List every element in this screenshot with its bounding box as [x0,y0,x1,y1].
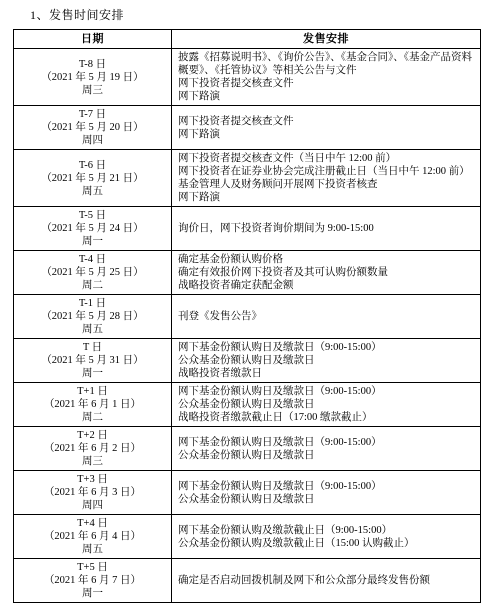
arrangement-item: 网下路演 [178,128,474,141]
arrangement-item: 网下基金份额认购日及缴款日（9:00-15:00） [178,436,474,449]
arrangement-cell: 网下基金份额认购日及缴款日（9:00-15:00）公众基金份额认购日及缴款日战略… [172,339,481,383]
date-line: T-1 日 [16,297,169,310]
date-cell: T-5 日（2021 年 5 月 24 日）周一 [14,207,172,251]
date-line: 周五 [16,185,169,198]
arrangement-item: 网下投资者提交核查文件 [178,115,474,128]
date-line: （2021 年 6 月 2 日） [16,442,169,455]
arrangement-item: 确定有效报价网下投资者及其可认购份额数量 [178,266,474,279]
arrangement-item: 网下基金份额认购日及缴款日（9:00-15:00） [178,385,474,398]
table-row: T-4 日（2021 年 5 月 25 日）周二 确定基金份额认购价格确定有效报… [14,251,481,295]
arrangement-item: 刊登《发售公告》 [178,310,474,323]
date-line: 周一 [16,367,169,380]
arrangement-cell: 确定是否启动回拨机制及网下和公众部分最终发售份额 [172,559,481,603]
arrangement-cell: 网下投资者提交核查文件（当日中午 12:00 前）网下投资者在证券业协会完成注册… [172,150,481,207]
date-cell: T-7 日（2021 年 5 月 20 日）周四 [14,106,172,150]
date-cell: T-4 日（2021 年 5 月 25 日）周二 [14,251,172,295]
date-line: 周三 [16,84,169,97]
table-header-row: 日期 发售安排 [14,30,481,49]
arrangement-item: 网下投资者提交核查文件 [178,77,474,90]
date-line: T+1 日 [16,385,169,398]
date-line: （2021 年 6 月 7 日） [16,574,169,587]
arrangement-item: 战略投资者确定获配金额 [178,279,474,292]
arrangement-cell: 询价日，网下投资者询价期间为 9:00-15:00 [172,207,481,251]
arrangement-item: 战略投资者缴款截止日（17:00 缴款截止） [178,411,474,424]
arrangement-item: 披露《招募说明书》、《询价公告》、《基金合同》、《基金产品资料概要》、《托管协议… [178,51,474,77]
table-row: T+1 日（2021 年 6 月 1 日）周二 网下基金份额认购日及缴款日（9:… [14,383,481,427]
arrangement-cell: 披露《招募说明书》、《询价公告》、《基金合同》、《基金产品资料概要》、《托管协议… [172,49,481,106]
date-cell: T+3 日（2021 年 6 月 3 日）周四 [14,471,172,515]
table-row: T-6 日（2021 年 5 月 21 日）周五 网下投资者提交核查文件（当日中… [14,150,481,207]
date-line: （2021 年 6 月 4 日） [16,530,169,543]
date-cell: T+4 日（2021 年 6 月 4 日）周五 [14,515,172,559]
arrangement-item: 确定是否启动回拨机制及网下和公众部分最终发售份额 [178,574,474,587]
date-cell: T-6 日（2021 年 5 月 21 日）周五 [14,150,172,207]
date-line: 周四 [16,499,169,512]
date-line: （2021 年 5 月 25 日） [16,266,169,279]
table-row: T-8 日（2021 年 5 月 19 日）周三 披露《招募说明书》、《询价公告… [14,49,481,106]
date-line: 周二 [16,411,169,424]
arrangement-item: 网下投资者在证券业协会完成注册截止日（当日中午 12:00 前） [178,165,474,178]
date-line: T-4 日 [16,253,169,266]
date-line: T+3 日 [16,473,169,486]
arrangement-item: 公众基金份额认购日及缴款日 [178,449,474,462]
table-row: T 日（2021 年 5 月 31 日）周一 网下基金份额认购日及缴款日（9:0… [14,339,481,383]
arrangement-item: 基金管理人及财务顾问开展网下投资者核查 [178,178,474,191]
date-line: 周一 [16,235,169,248]
arrangement-item: 公众基金份额认购日及缴款日 [178,493,474,506]
date-line: （2021 年 5 月 20 日） [16,121,169,134]
date-cell: T+1 日（2021 年 6 月 1 日）周二 [14,383,172,427]
date-line: （2021 年 5 月 28 日） [16,310,169,323]
date-line: （2021 年 5 月 24 日） [16,222,169,235]
date-line: （2021 年 5 月 21 日） [16,172,169,185]
date-line: 周二 [16,279,169,292]
date-line: （2021 年 5 月 31 日） [16,354,169,367]
date-cell: T+5 日（2021 年 6 月 7 日）周一 [14,559,172,603]
date-line: T+5 日 [16,561,169,574]
schedule-table: 日期 发售安排 T-8 日（2021 年 5 月 19 日）周三 披露《招募说明… [13,29,481,603]
table-row: T+5 日（2021 年 6 月 7 日）周一 确定是否启动回拨机制及网下和公众… [14,559,481,603]
schedule-table-body: T-8 日（2021 年 5 月 19 日）周三 披露《招募说明书》、《询价公告… [14,49,481,603]
date-line: T+4 日 [16,517,169,530]
arrangement-column-header: 发售安排 [172,30,481,49]
table-row: T-7 日（2021 年 5 月 20 日）周四 网下投资者提交核查文件网下路演 [14,106,481,150]
arrangement-item: 询价日，网下投资者询价期间为 9:00-15:00 [178,222,474,235]
arrangement-item: 网下路演 [178,191,474,204]
date-line: T-6 日 [16,159,169,172]
date-cell: T+2 日（2021 年 6 月 2 日）周三 [14,427,172,471]
arrangement-item: 网下基金份额认购日及缴款日（9:00-15:00） [178,341,474,354]
table-row: T+3 日（2021 年 6 月 3 日）周四 网下基金份额认购日及缴款日（9:… [14,471,481,515]
arrangement-cell: 网下基金份额认购日及缴款日（9:00-15:00）公众基金份额认购日及缴款日战略… [172,383,481,427]
arrangement-cell: 网下基金份额认购及缴款截止日（9:00-15:00）公众基金份额认购及缴款截止日… [172,515,481,559]
date-line: T 日 [16,341,169,354]
date-line: T-5 日 [16,209,169,222]
table-row: T-5 日（2021 年 5 月 24 日）周一 询价日，网下投资者询价期间为 … [14,207,481,251]
arrangement-item: 网下路演 [178,90,474,103]
date-line: T+2 日 [16,429,169,442]
table-row: T+4 日（2021 年 6 月 4 日）周五 网下基金份额认购及缴款截止日（9… [14,515,481,559]
date-line: 周四 [16,134,169,147]
date-cell: T 日（2021 年 5 月 31 日）周一 [14,339,172,383]
date-line: 周三 [16,455,169,468]
date-line: 周五 [16,323,169,336]
arrangement-cell: 确定基金份额认购价格确定有效报价网下投资者及其可认购份额数量战略投资者确定获配金… [172,251,481,295]
date-column-header: 日期 [14,30,172,49]
arrangement-cell: 网下投资者提交核查文件网下路演 [172,106,481,150]
arrangement-item: 网下基金份额认购及缴款截止日（9:00-15:00） [178,524,474,537]
table-row: T+2 日（2021 年 6 月 2 日）周三 网下基金份额认购日及缴款日（9:… [14,427,481,471]
arrangement-item: 公众基金份额认购日及缴款日 [178,398,474,411]
arrangement-item: 公众基金份额认购及缴款截止日（15:00 认购截止） [178,537,474,550]
arrangement-item: 网下基金份额认购日及缴款日（9:00-15:00） [178,480,474,493]
date-line: T-8 日 [16,58,169,71]
date-line: （2021 年 6 月 3 日） [16,486,169,499]
table-row: T-1 日（2021 年 5 月 28 日）周五 刊登《发售公告》 [14,295,481,339]
arrangement-item: 战略投资者缴款日 [178,367,474,380]
arrangement-cell: 刊登《发售公告》 [172,295,481,339]
date-cell: T-1 日（2021 年 5 月 28 日）周五 [14,295,172,339]
date-cell: T-8 日（2021 年 5 月 19 日）周三 [14,49,172,106]
section-title: 1、发售时间安排 [30,8,490,23]
date-line: 周一 [16,587,169,600]
arrangement-cell: 网下基金份额认购日及缴款日（9:00-15:00）公众基金份额认购日及缴款日 [172,471,481,515]
arrangement-item: 公众基金份额认购日及缴款日 [178,354,474,367]
date-line: T-7 日 [16,108,169,121]
arrangement-cell: 网下基金份额认购日及缴款日（9:00-15:00）公众基金份额认购日及缴款日 [172,427,481,471]
date-line: 周五 [16,543,169,556]
document-page: 1、发售时间安排 日期 发售安排 T-8 日（2021 年 5 月 19 日）周… [0,8,490,603]
arrangement-item: 确定基金份额认购价格 [178,253,474,266]
arrangement-item: 网下投资者提交核查文件（当日中午 12:00 前） [178,152,474,165]
date-line: （2021 年 6 月 1 日） [16,398,169,411]
date-line: （2021 年 5 月 19 日） [16,71,169,84]
